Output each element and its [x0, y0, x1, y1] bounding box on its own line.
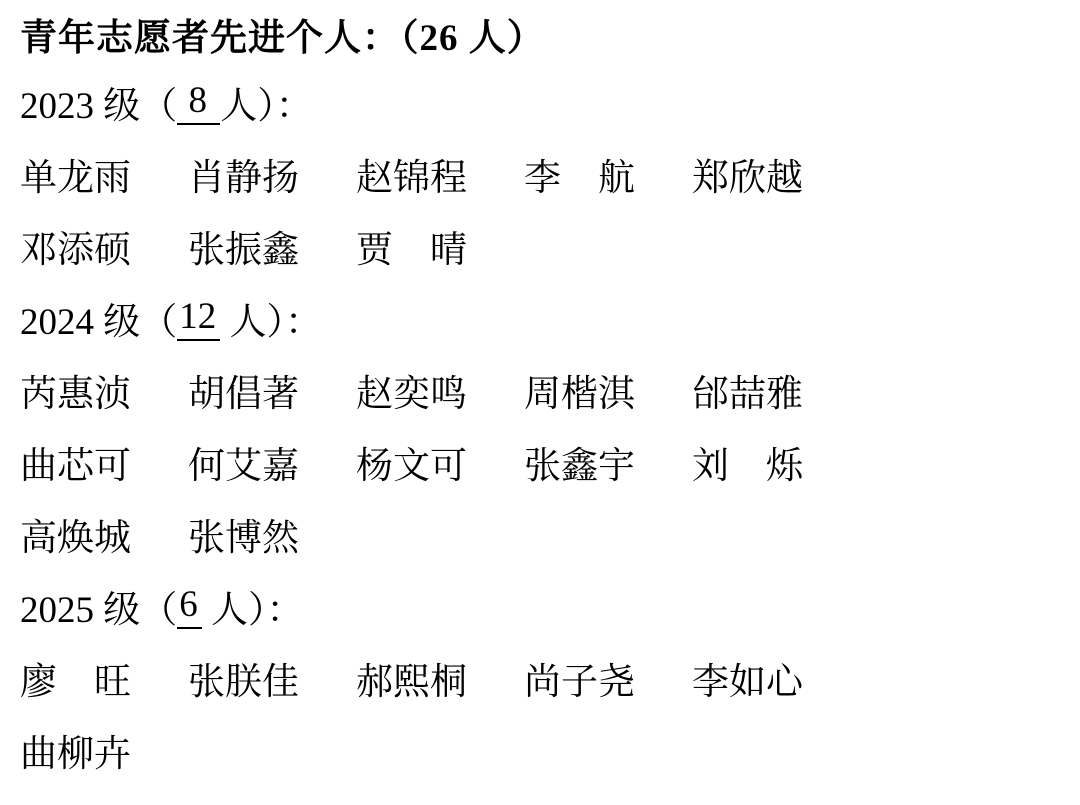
grade-2023-heading: 2023 级（ 8 人）：: [20, 66, 1060, 138]
person-name: 周楷淇: [524, 363, 692, 417]
person-name: 张博然: [188, 507, 356, 561]
person-name: 邰喆雅: [692, 363, 860, 417]
person-name: 刘 烁: [692, 435, 860, 489]
person-name: 张振鑫: [188, 219, 356, 273]
person-name: 赵奕鸣: [356, 363, 524, 417]
person-name: 芮惠浈: [20, 363, 188, 417]
page-title: 青年志愿者先进个人：（26 人）: [20, 2, 1060, 66]
person-name: 高焕城: [20, 507, 188, 561]
person-name: 曲芯可: [20, 435, 188, 489]
names-row: 芮惠浈 胡倡著 赵奕鸣 周楷淇 邰喆雅: [20, 354, 1060, 426]
grade-2024-heading: 2024 级（12 人）：: [20, 282, 1060, 354]
person-name: 邓添硕: [20, 219, 188, 273]
grade-count-underlined: 12: [177, 295, 220, 341]
grade-count-underlined: 8: [177, 79, 220, 125]
person-name: 张鑫宇: [524, 435, 692, 489]
person-name: 李 航: [524, 147, 692, 201]
grade-heading-suffix: 人）：: [220, 75, 313, 129]
grade-heading-prefix: 2023 级（: [20, 75, 177, 129]
grade-heading-prefix: 2025 级（: [20, 579, 177, 633]
person-name: 赵锦程: [356, 147, 524, 201]
names-row: 廖 旺 张朕佳 郝熙桐 尚子尧 李如心: [20, 642, 1060, 714]
person-name: 尚子尧: [524, 651, 692, 705]
person-name: 廖 旺: [20, 651, 188, 705]
names-row: 邓添硕 张振鑫 贾 晴: [20, 210, 1060, 282]
person-name: 何艾嘉: [188, 435, 356, 489]
person-name: 贾 晴: [356, 219, 524, 273]
grade-2025-heading: 2025 级（6 人）：: [20, 570, 1060, 642]
person-name: 单龙雨: [20, 147, 188, 201]
person-name: 李如心: [692, 651, 860, 705]
grade-heading-suffix: 人）：: [202, 579, 304, 633]
names-row: 曲芯可 何艾嘉 杨文可 张鑫宇 刘 烁: [20, 426, 1060, 498]
names-row: 单龙雨 肖静扬 赵锦程 李 航 郑欣越: [20, 138, 1060, 210]
names-row: 高焕城 张博然: [20, 498, 1060, 570]
document-page: 青年志愿者先进个人：（26 人） 2023 级（ 8 人）： 单龙雨 肖静扬 赵…: [0, 0, 1080, 786]
person-name: 曲柳卉: [20, 723, 188, 777]
grade-heading-prefix: 2024 级（: [20, 291, 177, 345]
grade-heading-suffix: 人）：: [220, 291, 322, 345]
person-name: 杨文可: [356, 435, 524, 489]
person-name: 张朕佳: [188, 651, 356, 705]
person-name: 郝熙桐: [356, 651, 524, 705]
grade-count-underlined: 6: [177, 583, 202, 629]
names-row: 曲柳卉: [20, 714, 1060, 786]
person-name: 胡倡著: [188, 363, 356, 417]
person-name: 郑欣越: [692, 147, 860, 201]
person-name: 肖静扬: [188, 147, 356, 201]
